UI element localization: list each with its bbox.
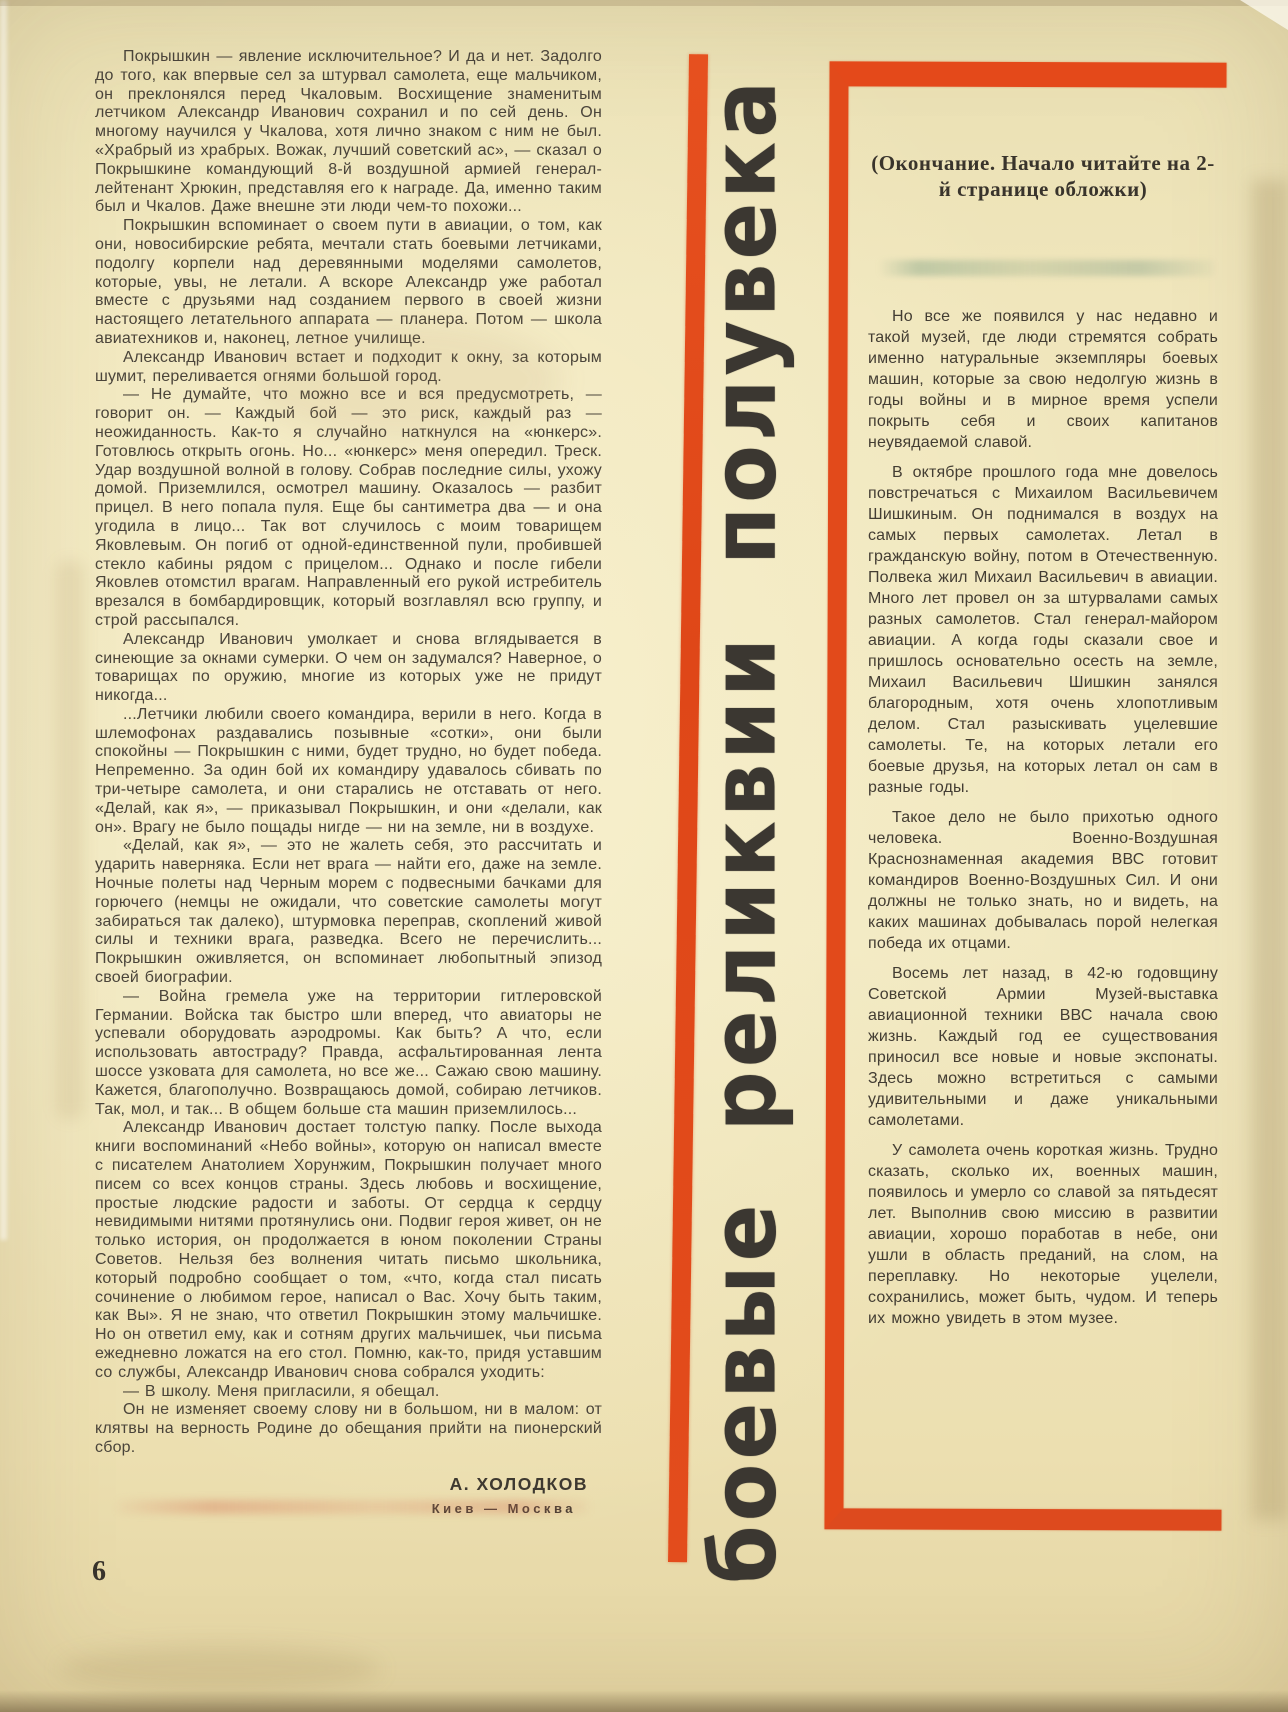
paper-stain (56, 560, 84, 1120)
article-paragraph: — В школу. Меня пригласили, я обещал. (95, 1383, 602, 1402)
article-paragraph: У самолета очень короткая жизнь. Трудно … (868, 1140, 1218, 1329)
article-paragraph: Александр Иванович достает толстую папку… (95, 1119, 602, 1382)
article-paragraph: Александр Иванович встает и подходит к о… (95, 349, 602, 387)
vertical-title-word: боевые (692, 1201, 796, 1584)
article-paragraph: Покрышкин вспоминает о своем пути в авиа… (95, 217, 602, 349)
show-through-smudge (878, 260, 1214, 276)
scan-edge-shadow (0, 0, 1288, 6)
article-paragraph: В октябре прошлого года мне довелось пов… (868, 462, 1218, 798)
article-paragraph: Но все же появился у нас недавно и такой… (868, 306, 1218, 453)
article-paragraph: ...Летчики любили своего командира, вери… (95, 706, 602, 838)
paper-stain (60, 1646, 380, 1692)
article-paragraph: — Не думайте, что можно все и вся предус… (95, 386, 602, 630)
author-signature: А. ХОЛОДКОВ (95, 1474, 602, 1495)
article-paragraph: Александр Иванович умолкает и снова вгля… (95, 631, 602, 706)
continuation-note: (Окончание. Начало читайте на 2-й страни… (868, 150, 1218, 202)
article-paragraph: — Война гремела уже на территории гитлер… (95, 988, 602, 1120)
signature-block: А. ХОЛОДКОВ Киев — Москва (95, 1474, 602, 1516)
article-paragraph: Он не изменяет своему слову ни в большом… (95, 1401, 602, 1457)
right-column: (Окончание. Начало читайте на 2-й страни… (868, 150, 1218, 1338)
author-location: Киев — Москва (95, 1501, 602, 1516)
article-paragraph: «Делай, как я», — это не жалеть себя, эт… (95, 837, 602, 987)
left-column: Покрышкин — явление исключительное? И да… (95, 48, 602, 1516)
vertical-title-word: полувека (692, 77, 796, 565)
right-column-text: Но все же появился у нас недавно и такой… (868, 306, 1218, 1329)
page-number: 6 (92, 1556, 106, 1588)
magazine-page: Покрышкин — явление исключительное? И да… (0, 0, 1288, 1712)
article-paragraph: Восемь лет назад, в 42-ю годовщину Совет… (868, 963, 1218, 1131)
vertical-article-title: боевыереликвииполувека (700, 77, 788, 1584)
article-paragraph: Такое дело не было прихотью одного челов… (868, 807, 1218, 954)
scan-edge-shadow (0, 1690, 1288, 1712)
scan-edge-highlight (0, 0, 7, 1240)
left-column-text: Покрышкин — явление исключительное? И да… (95, 48, 602, 1458)
paper-stain (1252, 180, 1288, 1520)
article-paragraph: Покрышкин — явление исключительное? И да… (95, 48, 602, 217)
vertical-title-word: реликвии (692, 634, 796, 1131)
